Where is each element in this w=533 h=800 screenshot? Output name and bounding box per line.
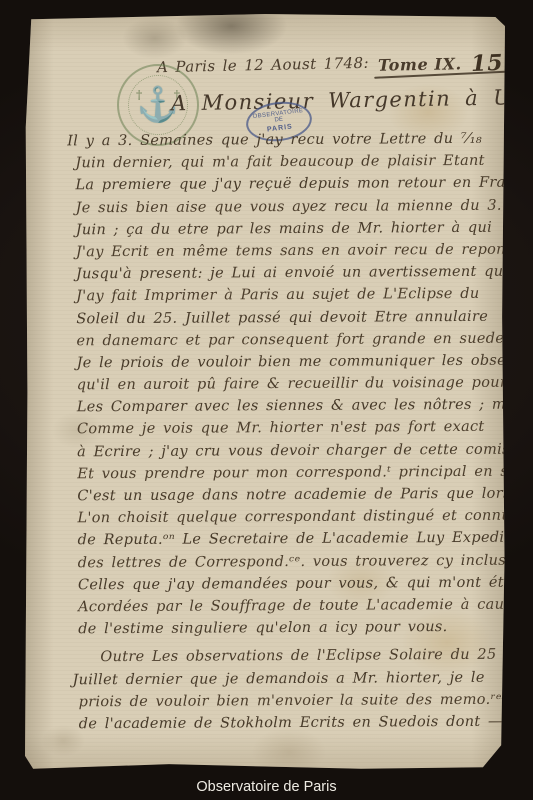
body-line: J'ay fait Imprimer à Paris au sujet de L… (76, 286, 504, 311)
cross-icon: † (136, 88, 142, 102)
body-line: J'ay Ecrit en même tems sans en avoir re… (76, 242, 504, 267)
red-annotation-icon (504, 40, 513, 50)
tome-label: Tome IX. (378, 54, 462, 74)
body-line: Acordées par le Souffrage de toute L'aca… (78, 597, 506, 622)
body-line: Jusqu'à present: je Lui ai envoié un ave… (76, 264, 504, 289)
body-line: Et vous prendre pour mon correspond.ᵗ pr… (77, 464, 505, 489)
body-line: Juin ; ça du etre par les mains de Mr. h… (76, 219, 504, 244)
body-line: à Ecrire ; j'ay cru vous devoir charger … (77, 441, 505, 466)
body-line: Celles que j'ay demandées pour vous, & q… (78, 574, 506, 599)
body-line: Outre Les observations de l'Eclipse Sola… (78, 647, 506, 672)
letter-body: Il y a 3. Semaines que j'ay recu votre L… (75, 131, 507, 739)
body-line: Juillet dernier que je demandois a Mr. h… (72, 669, 506, 694)
body-line: en danemarc et par consequent fort grand… (76, 330, 504, 355)
scan-background: A Paris le 12 Aoust 1748: Tome IX. 159. … (0, 0, 533, 800)
folio-number: 159. (470, 49, 528, 77)
body-line: Juin dernier, qui m'a fait beaucoup de p… (75, 153, 503, 178)
body-line: Comme je vois que Mr. hiorter n'est pas … (77, 419, 505, 444)
body-line: La premiere que j'ay reçuë depuis mon re… (75, 175, 503, 200)
body-line: qu'il en auroit pû faire & recueillir du… (77, 375, 505, 400)
caption-text: Observatoire de Paris (0, 779, 533, 795)
body-line: L'on choisit quelque correspondant disti… (77, 508, 505, 533)
body-line: de l'estime singuliere qu'elon a icy pou… (78, 619, 506, 644)
dateline-text: A Paris le 12 Aoust 1748: (157, 54, 369, 76)
body-line: de l'academie de Stokholm Ecrits en Sued… (79, 714, 507, 739)
body-line: priois de vouloir bien m'envoier la suit… (79, 691, 507, 716)
body-line: Il y a 3. Semaines que j'ay recu votre L… (67, 131, 503, 156)
body-line: Les Comparer avec les siennes & avec les… (77, 397, 505, 422)
body-line: Je suis bien aise que vous ayez recu la … (76, 197, 504, 222)
manuscript-page: A Paris le 12 Aoust 1748: Tome IX. 159. … (25, 14, 505, 771)
body-line: des lettres de Correspond.ᶜᵉ. vous trouv… (78, 552, 506, 577)
header-dateline: A Paris le 12 Aoust 1748: Tome IX. 159. (157, 50, 528, 76)
body-line: Je le priois de vouloir bien me communiq… (77, 353, 505, 378)
body-line: de Reputa.ᵒⁿ Le Secretaire de L'academie… (78, 530, 506, 555)
body-line: Soleil du 25. Juillet passé qui devoit E… (76, 308, 504, 333)
body-line: C'est un usage dans notre academie de Pa… (77, 486, 505, 511)
address-line: A Monsieur Wargentin à Upsal (171, 85, 533, 116)
folio-number-text: 159. (470, 49, 528, 77)
